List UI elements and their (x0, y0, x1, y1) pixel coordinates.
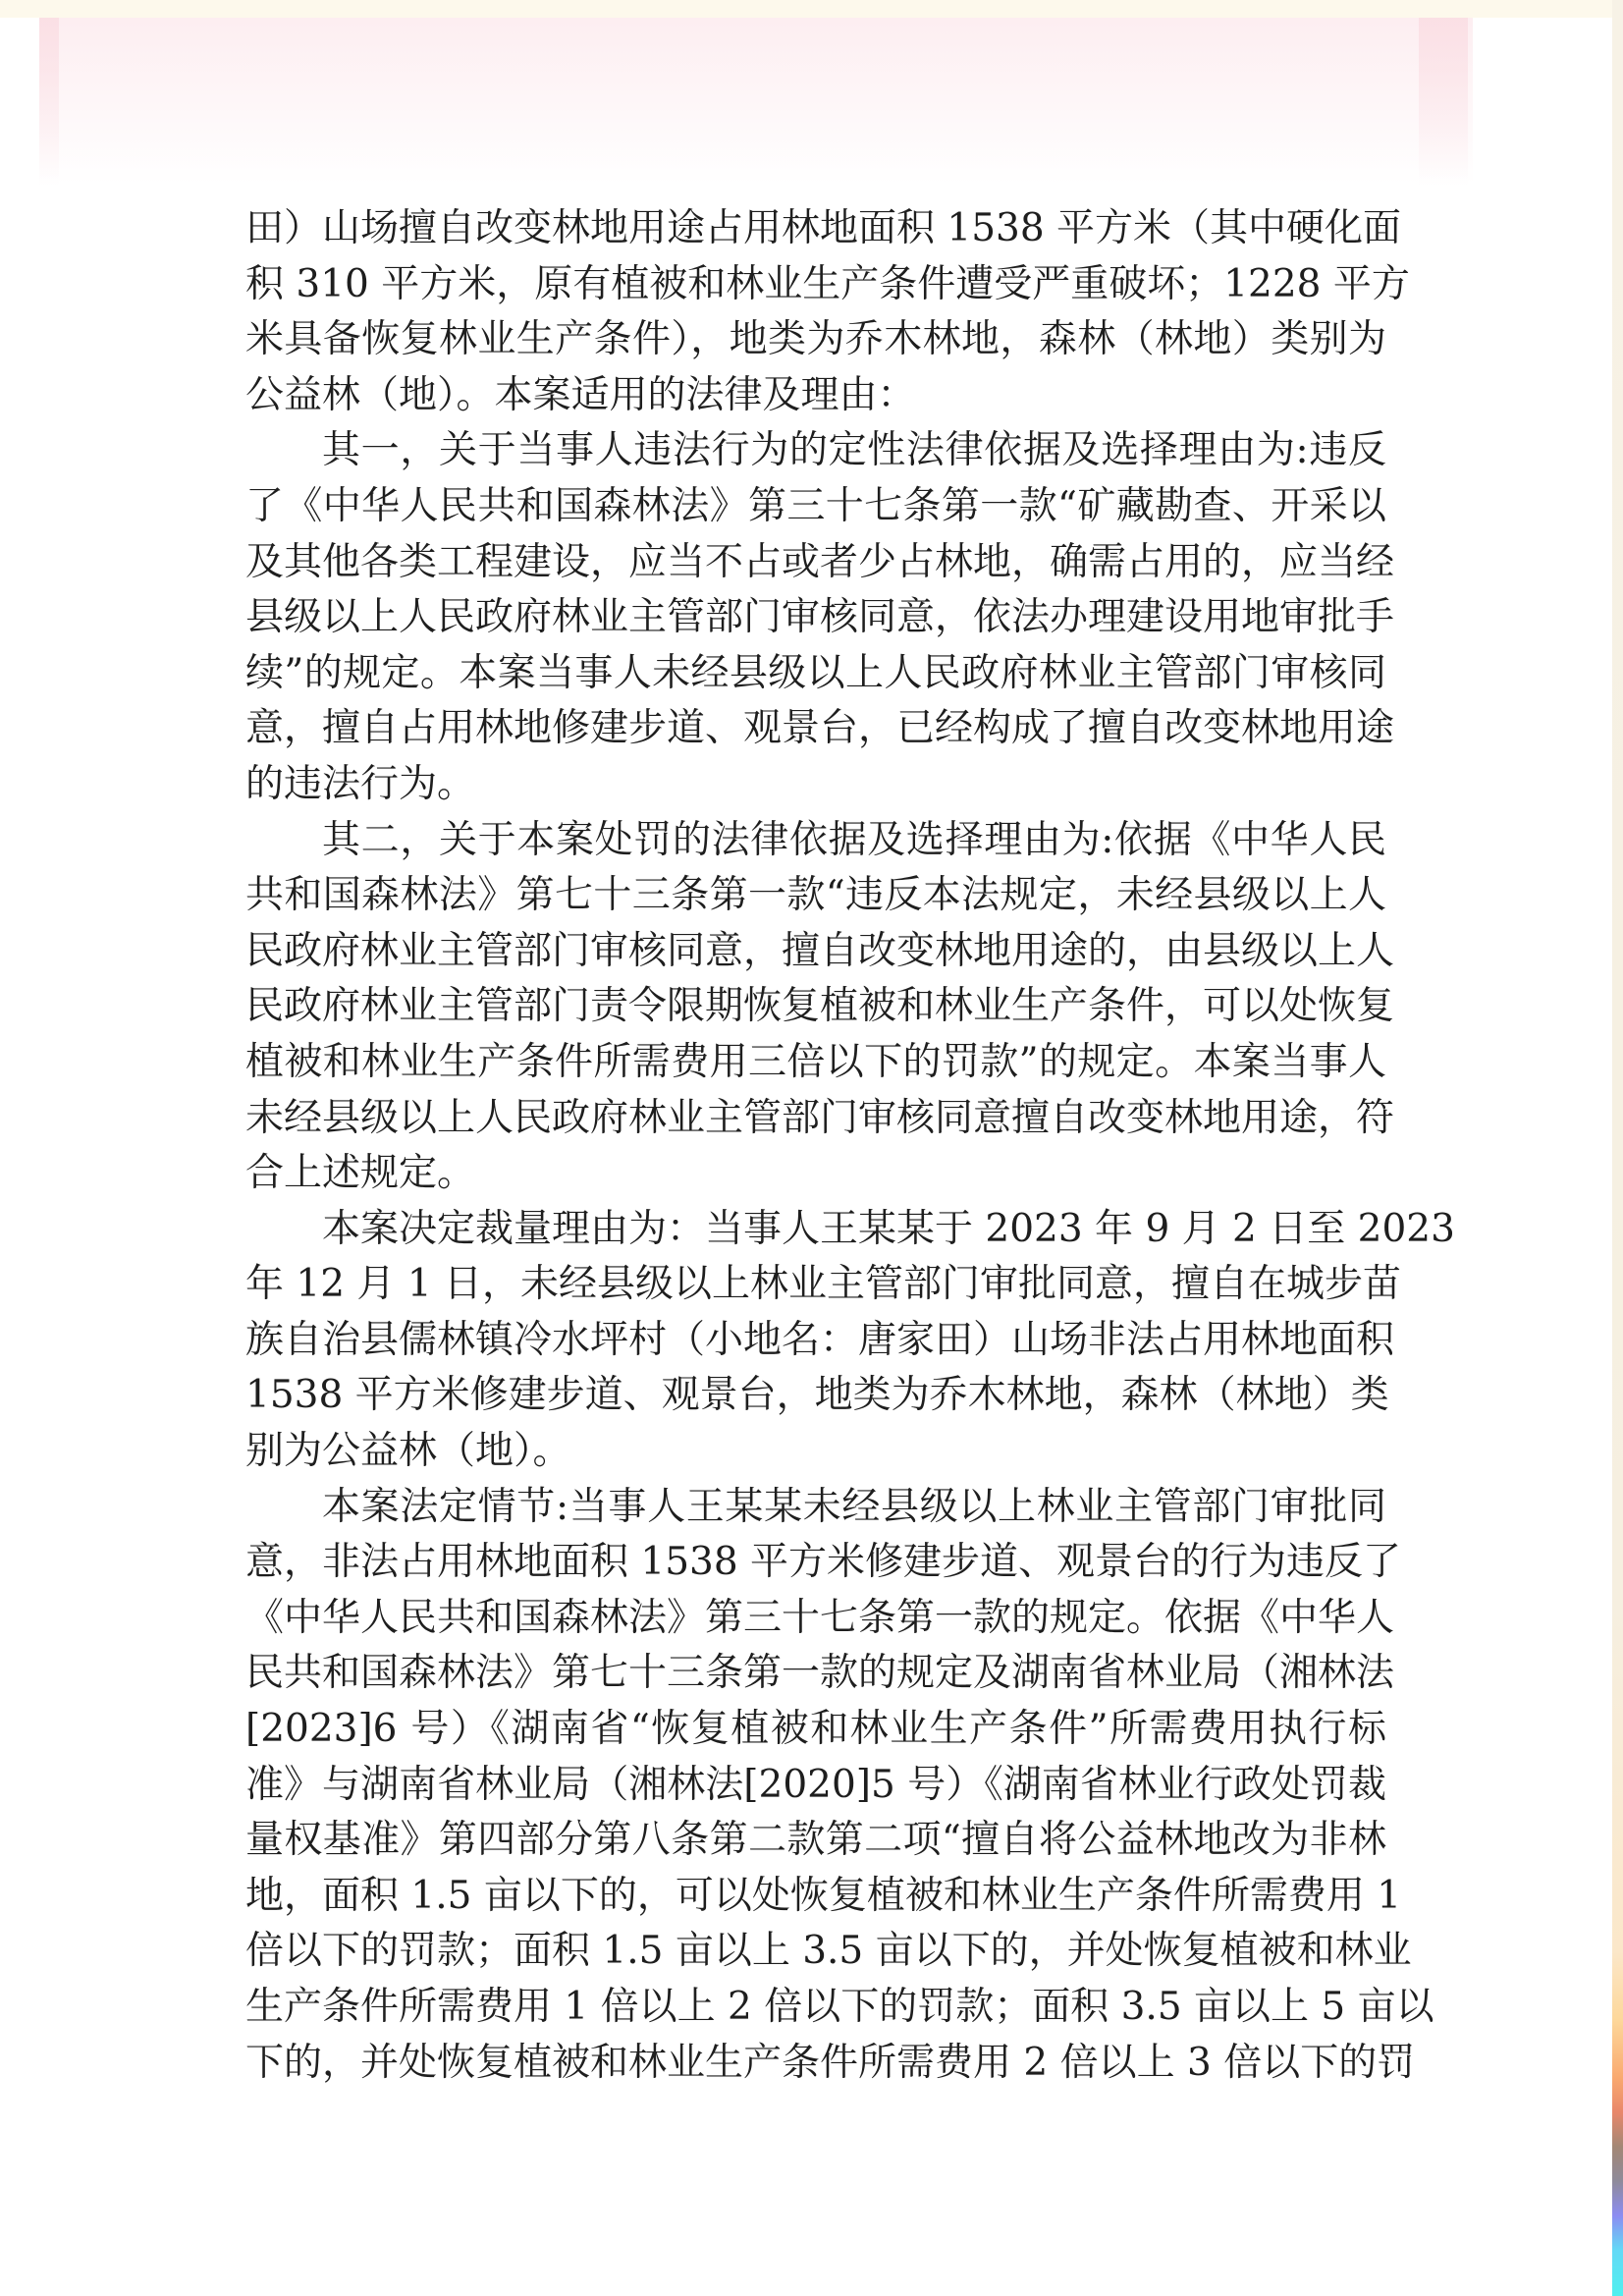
text-line: 本案法定情节:当事人王某某未经县级以上林业主管部门审批同 (245, 1480, 1386, 1536)
text-line: 了《中华人民共和国森林法》第三十七条第一款“矿藏勘查、开采以 (245, 479, 1386, 535)
text-line: 未经县级以上人民政府林业主管部门审核同意擅自改变林地用途，符 (245, 1091, 1386, 1147)
text-line: 年 12 月 1 日，未经县级以上林业主管部门审批同意，擅自在城步苗 (245, 1257, 1386, 1313)
text-line: 量权基准》第四部分第八条第二款第二项“擅自将公益林地改为非林 (245, 1813, 1386, 1869)
text-line: 《中华人民共和国森林法》第三十七条第一款的规定。依据《中华人 (245, 1591, 1386, 1647)
paragraph-qier: 其二，关于本案处罚的法律依据及选择理由为:依据《中华人民 共和国森林法》第七十三… (245, 813, 1386, 1202)
scan-haze-left (39, 18, 59, 185)
text-line: 民政府林业主管部门审核同意，擅自改变林地用途的，由县级以上人 (245, 924, 1386, 980)
text-line: 别为公益林（地）。 (245, 1424, 1386, 1480)
text-line: 米具备恢复林业生产条件），地类为乔木林地，森林（林地）类别为 (245, 312, 1386, 368)
text-line: 1538 平方米修建步道、观景台，地类为乔木林地，森林（林地）类 (245, 1368, 1386, 1424)
text-line: 续”的规定。本案当事人未经县级以上人民政府林业主管部门审核同 (245, 646, 1386, 702)
scan-color-strip (1612, 0, 1623, 2296)
text-line: 及其他各类工程建设，应当不占或者少占林地，确需占用的，应当经 (245, 535, 1386, 591)
paragraph-qiyi: 其一，关于当事人违法行为的定性法律依据及选择理由为:违反 了《中华人民共和国森林… (245, 423, 1386, 812)
text-line: 民共和国森林法》第七十三条第一款的规定及湖南省林业局（湘林法 (245, 1646, 1386, 1702)
text-line: 本案决定裁量理由为：当事人王某某于 2023 年 9 月 2 日至 2023 (245, 1202, 1386, 1258)
text-line: 意，非法占用林地面积 1538 平方米修建步道、观景台的行为违反了 (245, 1535, 1386, 1591)
text-line: 地，面积 1.5 亩以下的，可以处恢复植被和林业生产条件所需费用 1 (245, 1869, 1386, 1925)
text-line: 意，擅自占用林地修建步道、观景台，已经构成了擅自改变林地用途 (245, 701, 1386, 757)
text-line: 其一，关于当事人违法行为的定性法律依据及选择理由为:违反 (245, 423, 1386, 479)
text-line: 的违法行为。 (245, 757, 1386, 813)
text-line: 积 310 平方米，原有植被和林业生产条件遭受严重破坏；1228 平方 (245, 257, 1386, 313)
text-line: 准》与湖南省林业局（湘林法[2020]5 号）《湖南省林业行政处罚裁 (245, 1758, 1386, 1814)
text-line: [2023]6 号）《湖南省“恢复植被和林业生产条件”所需费用执行标 (245, 1702, 1386, 1758)
scan-haze (39, 18, 1473, 185)
scan-haze-right (1419, 18, 1468, 185)
text-line: 倍以下的罚款；面积 1.5 亩以上 3.5 亩以下的，并处恢复植被和林业 (245, 1924, 1386, 1980)
document-body: 田）山场擅自改变林地用途占用林地面积 1538 平方米（其中硬化面 积 310 … (245, 201, 1386, 2091)
paragraph-continuation: 田）山场擅自改变林地用途占用林地面积 1538 平方米（其中硬化面 积 310 … (245, 201, 1386, 423)
text-line: 民政府林业主管部门责令限期恢复植被和林业生产条件，可以处恢复 (245, 979, 1386, 1035)
text-line: 县级以上人民政府林业主管部门审核同意，依法办理建设用地审批手 (245, 590, 1386, 646)
text-line: 植被和林业生产条件所需费用三倍以下的罚款”的规定。本案当事人 (245, 1035, 1386, 1091)
paragraph-statutory-circumstances: 本案法定情节:当事人王某某未经县级以上林业主管部门审批同 意，非法占用林地面积 … (245, 1480, 1386, 2092)
text-line: 生产条件所需费用 1 倍以上 2 倍以下的罚款；面积 3.5 亩以上 5 亩以 (245, 1980, 1386, 2036)
text-line: 共和国森林法》第七十三条第一款“违反本法规定，未经县级以上人 (245, 868, 1386, 924)
text-line: 下的，并处恢复植被和林业生产条件所需费用 2 倍以上 3 倍以下的罚 (245, 2036, 1386, 2092)
text-line: 田）山场擅自改变林地用途占用林地面积 1538 平方米（其中硬化面 (245, 201, 1386, 257)
paragraph-discretion-reason: 本案决定裁量理由为：当事人王某某于 2023 年 9 月 2 日至 2023 年… (245, 1202, 1386, 1480)
text-line: 合上述规定。 (245, 1146, 1386, 1202)
text-line: 其二，关于本案处罚的法律依据及选择理由为:依据《中华人民 (245, 813, 1386, 869)
scan-top-band (0, 0, 1623, 18)
text-line: 族自治县儒林镇冷水坪村（小地名：唐家田）山场非法占用林地面积 (245, 1313, 1386, 1369)
text-line: 公益林（地）。本案适用的法律及理由： (245, 368, 1386, 424)
